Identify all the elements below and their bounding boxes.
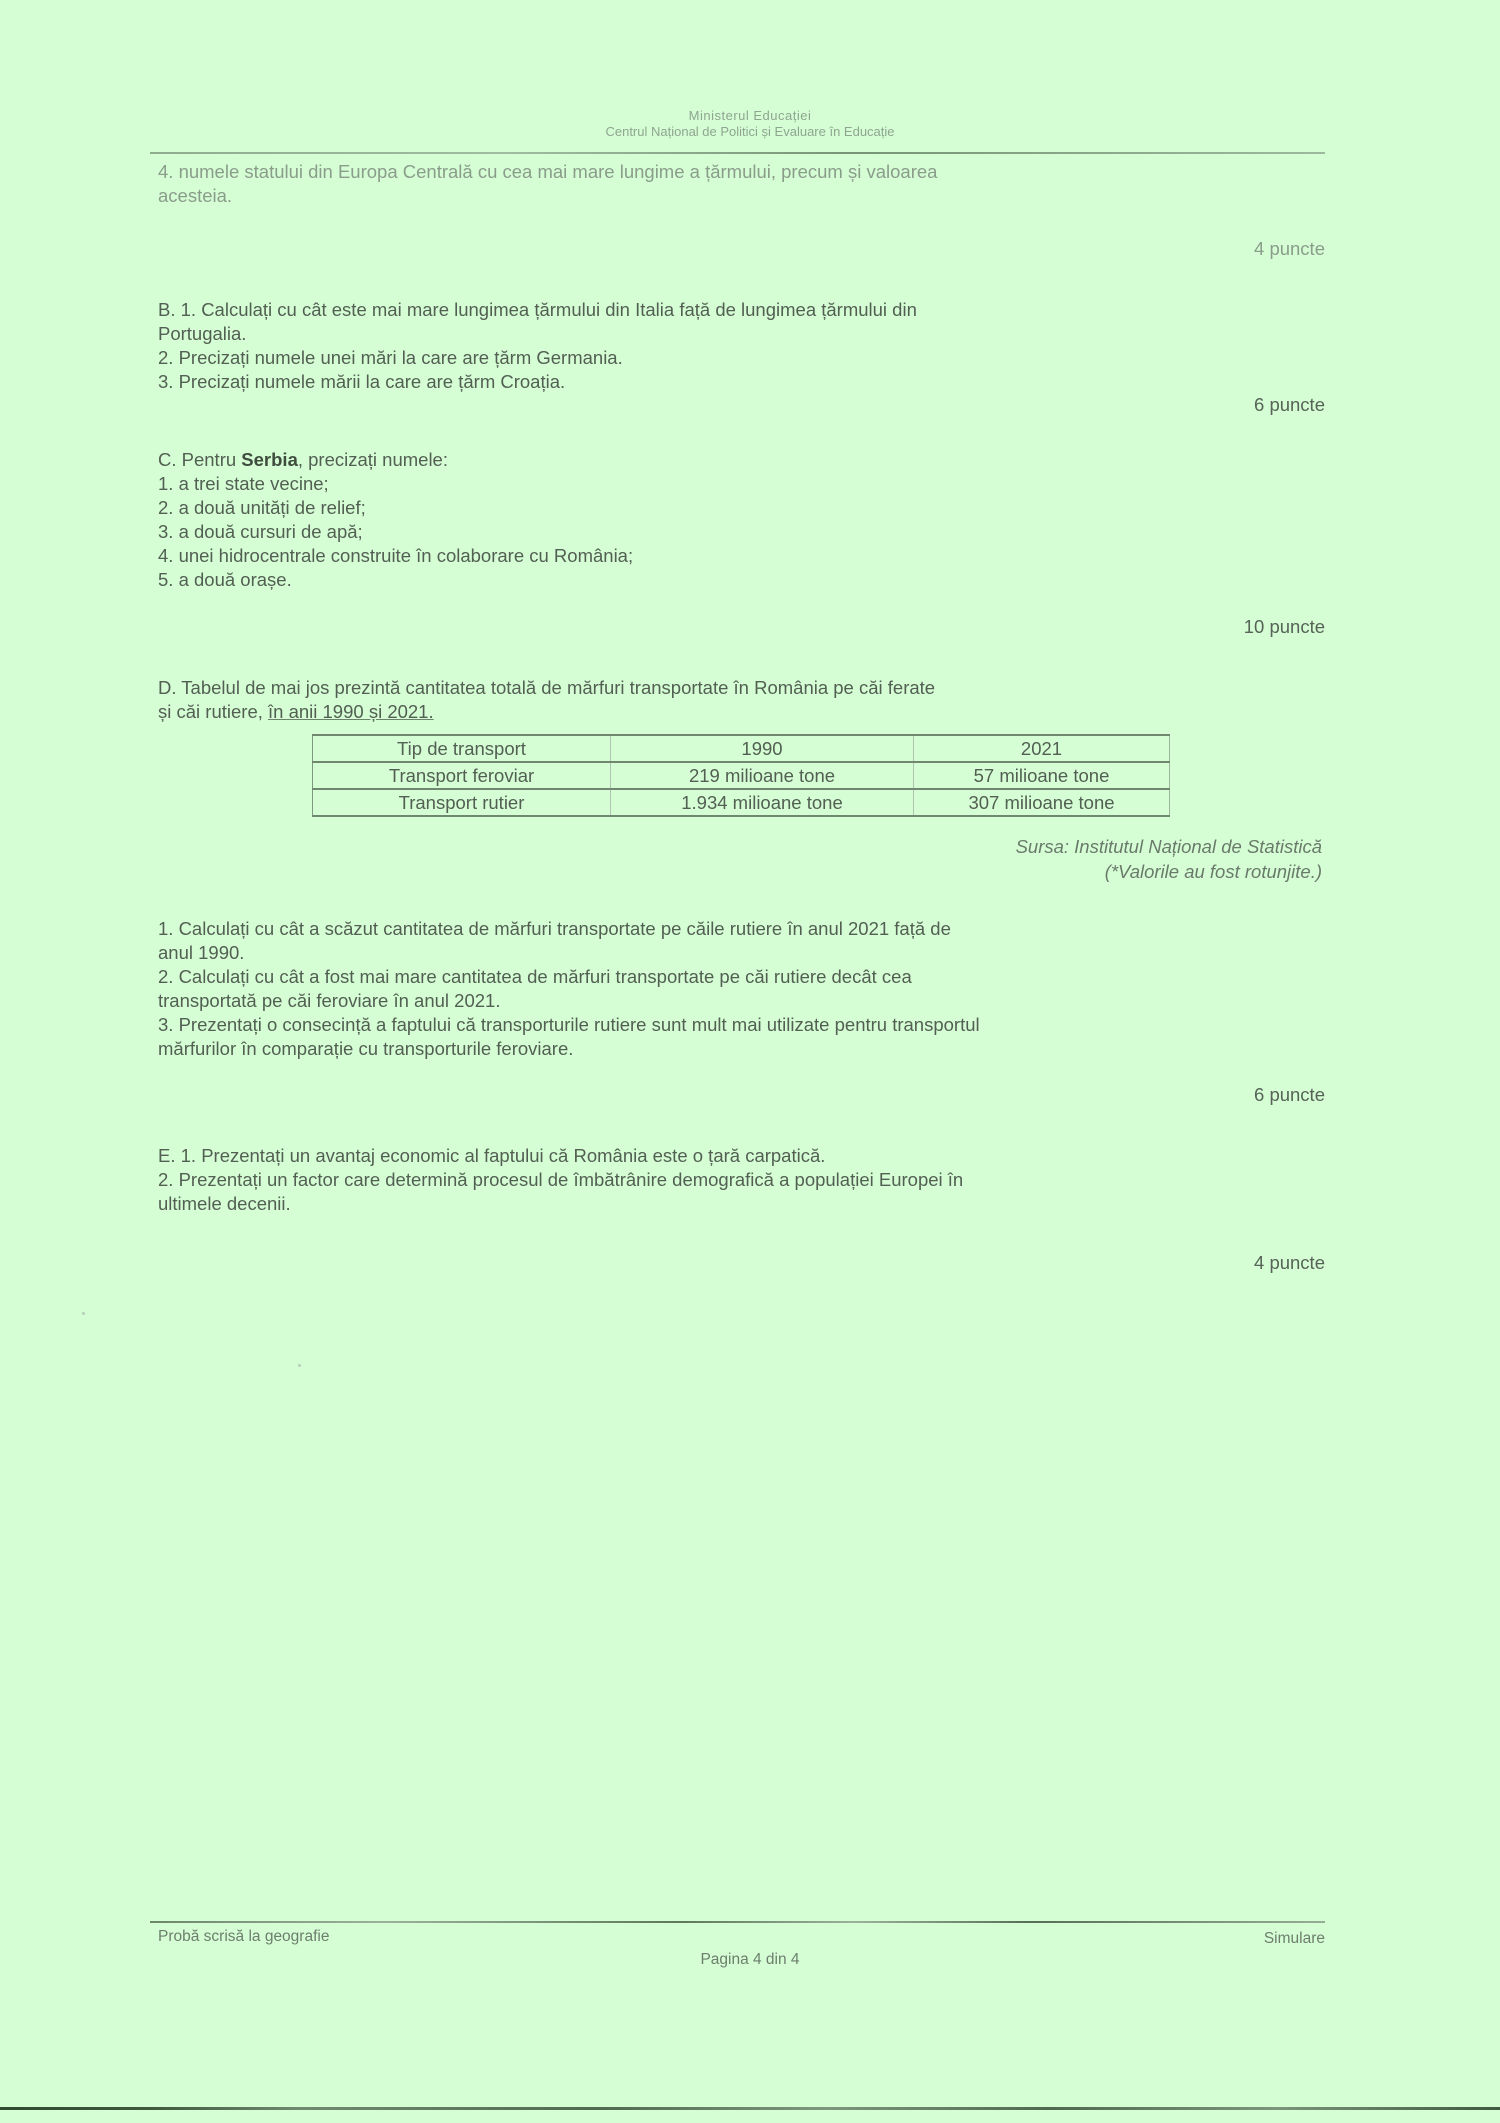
- section-d-intro-line2a: și căi rutiere,: [158, 701, 268, 722]
- section-c-item: 3. a două cursuri de apă;: [158, 520, 1323, 544]
- section-d-intro-line1: D. Tabelul de mai jos prezintă cantitate…: [158, 676, 1323, 700]
- section-a-item-4-cont: acesteia.: [158, 184, 1323, 208]
- section-d-intro-line2: și căi rutiere, în anii 1990 și 2021.: [158, 700, 1323, 724]
- page-header: Ministerul Educației Centrul Național de…: [0, 108, 1500, 140]
- section-c-item: 4. unei hidrocentrale construite în cola…: [158, 544, 1323, 568]
- section-c-item: 1. a trei state vecine;: [158, 472, 1323, 496]
- section-e-item: ultimele decenii.: [158, 1192, 1323, 1216]
- section-d-points: 6 puncte: [1254, 1084, 1325, 1106]
- table-row: Transport rutier 1.934 milioane tone 307…: [313, 789, 1170, 816]
- section-e-item: E. 1. Prezentați un avantaj economic al …: [158, 1144, 1323, 1168]
- table-cell: 57 milioane tone: [914, 762, 1170, 789]
- header-ministry: Ministerul Educației: [0, 108, 1500, 124]
- section-a-item-4: 4. numele statului din Europa Centrală c…: [158, 160, 1323, 184]
- scan-speck: [82, 1312, 85, 1315]
- section-c-country: Serbia: [241, 449, 298, 470]
- section-d-intro-years: în anii 1990 și 2021.: [268, 701, 434, 722]
- section-c-intro: C. Pentru Serbia, precizați numele:: [158, 448, 1323, 472]
- source-note: (*Valorile au fost rotunjite.): [1016, 859, 1322, 884]
- section-c-item: 5. a două orașe.: [158, 568, 1323, 592]
- header-divider: [150, 152, 1325, 154]
- section-e-item: 2. Prezentați un factor care determină p…: [158, 1168, 1323, 1192]
- footer-divider: [150, 1921, 1325, 1923]
- table-cell: 219 milioane tone: [611, 762, 914, 789]
- table-header-cell: 2021: [914, 735, 1170, 762]
- section-b-item: Portugalia.: [158, 322, 1323, 346]
- footer-exam-type: Simulare: [1264, 1930, 1325, 1948]
- table-cell: Transport feroviar: [313, 762, 611, 789]
- section-a-tail: 4. numele statului din Europa Centrală c…: [158, 160, 1323, 208]
- section-c-points: 10 puncte: [1244, 616, 1325, 638]
- header-center: Centrul Național de Politici și Evaluare…: [575, 124, 924, 140]
- scan-edge-line: [0, 2107, 1500, 2110]
- section-b: B. 1. Calculați cu cât este mai mare lun…: [158, 298, 1323, 394]
- section-d-item: transportată pe căi feroviare în anul 20…: [158, 989, 1323, 1013]
- page-number: Pagina 4 din 4: [0, 1951, 1500, 1969]
- scan-speck: [298, 1364, 301, 1367]
- exam-page: Ministerul Educației Centrul Național de…: [0, 0, 1500, 2123]
- section-d-intro: D. Tabelul de mai jos prezintă cantitate…: [158, 676, 1323, 724]
- section-d-item: mărfurilor în comparație cu transporturi…: [158, 1037, 1323, 1061]
- table-cell: Transport rutier: [313, 789, 611, 816]
- section-a-points: 4 puncte: [1254, 238, 1325, 260]
- table-cell: 1.934 milioane tone: [611, 789, 914, 816]
- section-c: C. Pentru Serbia, precizați numele: 1. a…: [158, 448, 1323, 592]
- table-cell: 307 milioane tone: [914, 789, 1170, 816]
- section-c-intro-prefix: C. Pentru: [158, 449, 241, 470]
- source-line: Sursa: Institutul Național de Statistică: [1016, 834, 1322, 859]
- section-d-items: 1. Calculați cu cât a scăzut cantitatea …: [158, 917, 1323, 1061]
- table-header-row: Tip de transport 1990 2021: [313, 735, 1170, 762]
- section-d-item: 2. Calculați cu cât a fost mai mare cant…: [158, 965, 1323, 989]
- section-c-item: 2. a două unități de relief;: [158, 496, 1323, 520]
- section-b-item: 2. Precizați numele unei mări la care ar…: [158, 346, 1323, 370]
- section-b-item: B. 1. Calculați cu cât este mai mare lun…: [158, 298, 1323, 322]
- section-c-intro-suffix: , precizați numele:: [298, 449, 448, 470]
- section-d-item: 3. Prezentați o consecință a faptului că…: [158, 1013, 1323, 1037]
- footer-exam-name: Probă scrisă la geografie: [158, 1928, 329, 1946]
- table-header-cell: Tip de transport: [313, 735, 611, 762]
- section-b-item: 3. Precizați numele mării la care are ță…: [158, 370, 1323, 394]
- table-source: Sursa: Institutul Național de Statistică…: [1016, 834, 1322, 884]
- section-e: E. 1. Prezentați un avantaj economic al …: [158, 1144, 1323, 1216]
- table-row: Transport feroviar 219 milioane tone 57 …: [313, 762, 1170, 789]
- section-d-item: anul 1990.: [158, 941, 1323, 965]
- section-e-points: 4 puncte: [1254, 1252, 1325, 1274]
- section-b-points: 6 puncte: [1254, 394, 1325, 416]
- freight-table: Tip de transport 1990 2021 Transport fer…: [312, 734, 1170, 817]
- table-header-cell: 1990: [611, 735, 914, 762]
- section-d-item: 1. Calculați cu cât a scăzut cantitatea …: [158, 917, 1323, 941]
